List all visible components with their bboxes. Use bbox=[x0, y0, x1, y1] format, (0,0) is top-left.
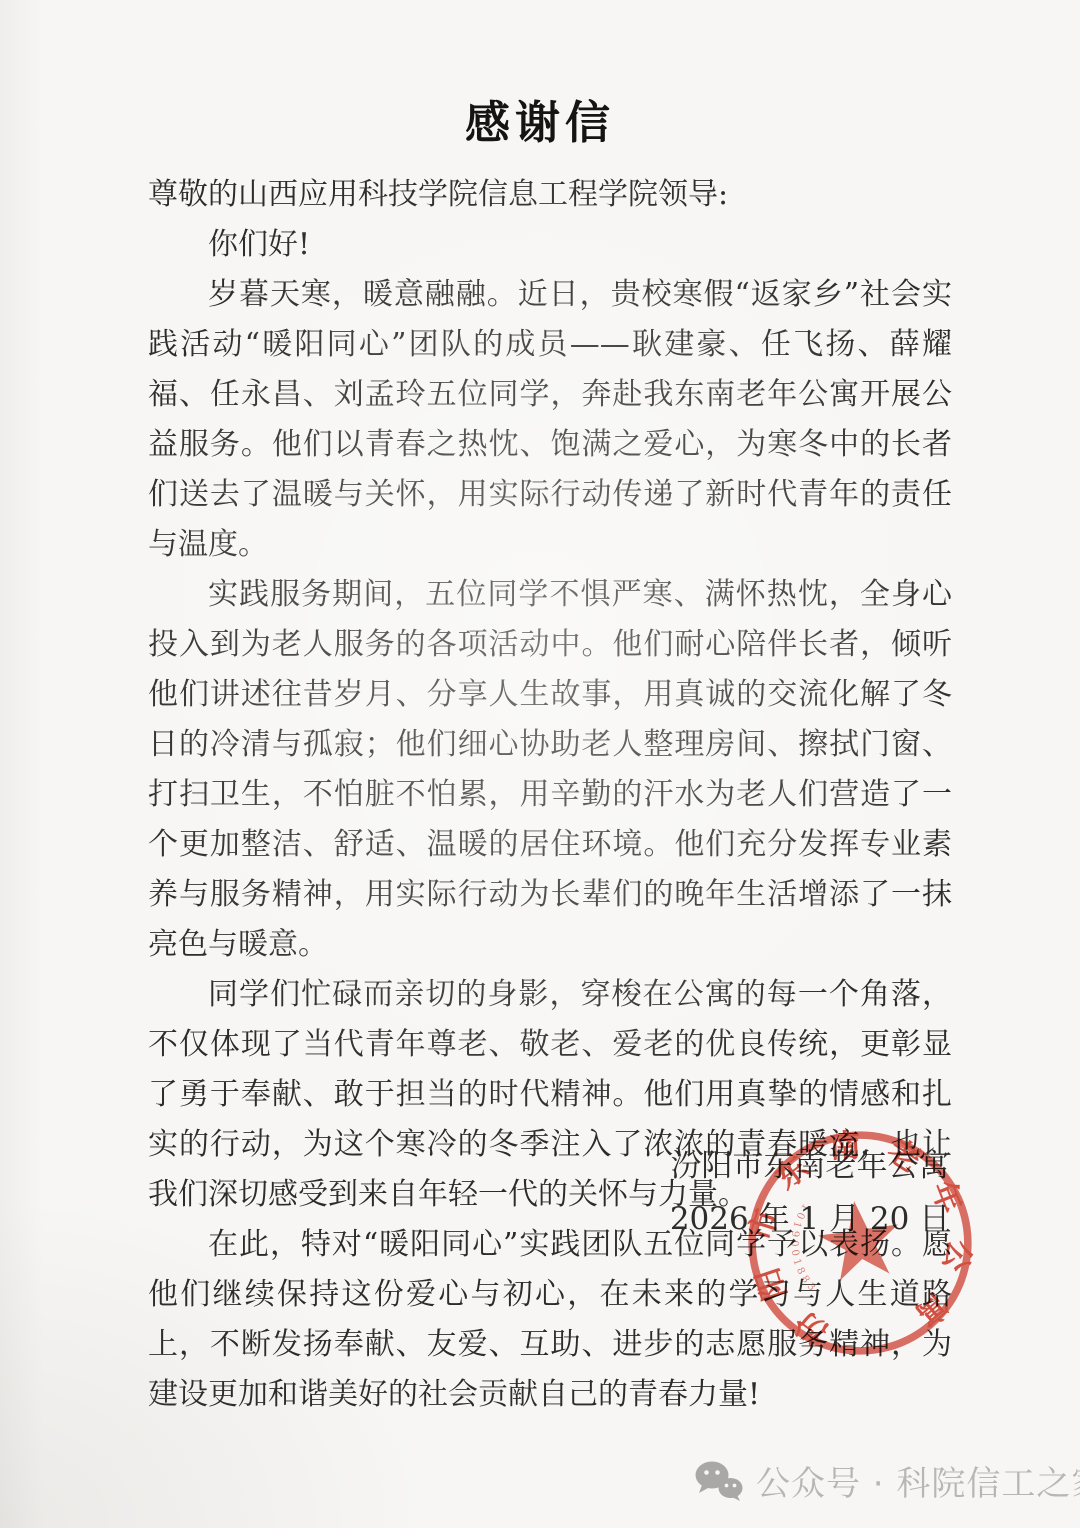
signature-date: 2026 年 1 月 20 日 bbox=[618, 1193, 1002, 1246]
paragraph-2: 实践服务期间，五位同学不惧严寒、满怀热忱，全身心投入到为老人服务的各项活动中。他… bbox=[148, 570, 952, 970]
wechat-icon bbox=[694, 1460, 744, 1502]
paragraph-4: 在此，特对“暖阳同心”实践团队五位同学予以表扬。愿他们继续保持这份爱心与初心，在… bbox=[148, 1220, 952, 1420]
letter-page: 感谢信 尊敬的山西应用科技学院信息工程学院领导: 你们好! 岁暮天寒，暖意融融。… bbox=[0, 0, 1080, 1528]
signature-org: 汾阳市东南老年公寓 bbox=[618, 1140, 1002, 1193]
signature-block: 汾阳市东南老年公寓 2026 年 1 月 20 日 bbox=[618, 1140, 1002, 1246]
footer-watermark: 公众号 · 科院信工之家 bbox=[694, 1456, 1080, 1505]
greeting: 你们好! bbox=[148, 220, 952, 270]
salutation: 尊敬的山西应用科技学院信息工程学院领导: bbox=[148, 170, 952, 220]
letter-title: 感谢信 bbox=[0, 86, 1080, 151]
footer-account-label: 公众号 · 科院信工之家 bbox=[756, 1456, 1080, 1505]
paragraph-1: 岁暮天寒，暖意融融。近日，贵校寒假“返家乡”社会实践活动“暖阳同心”团队的成员—… bbox=[148, 270, 952, 570]
